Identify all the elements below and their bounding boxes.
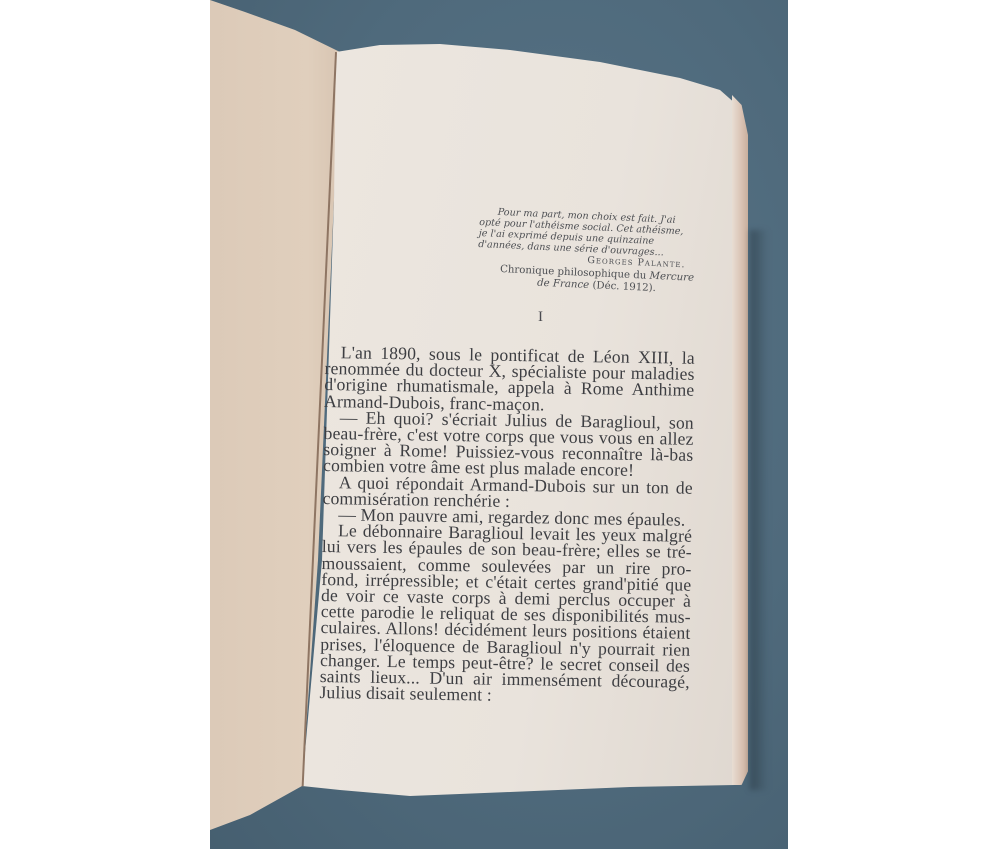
body-text: L'an 1890, sous le pontificat de Léon XI…	[319, 344, 695, 706]
source-title: de France	[537, 278, 590, 291]
source-title: Mercure	[649, 271, 694, 284]
page-edge	[732, 95, 748, 785]
book-photo: Pour ma part, mon choix est fait. J'ai o…	[210, 0, 788, 849]
chapter-heading: I	[538, 309, 543, 326]
page-shadow	[750, 230, 768, 790]
source-date: (Déc. 1912).	[589, 280, 656, 294]
epigraph: Pour ma part, mon choix est fait. J'ai o…	[476, 206, 709, 297]
